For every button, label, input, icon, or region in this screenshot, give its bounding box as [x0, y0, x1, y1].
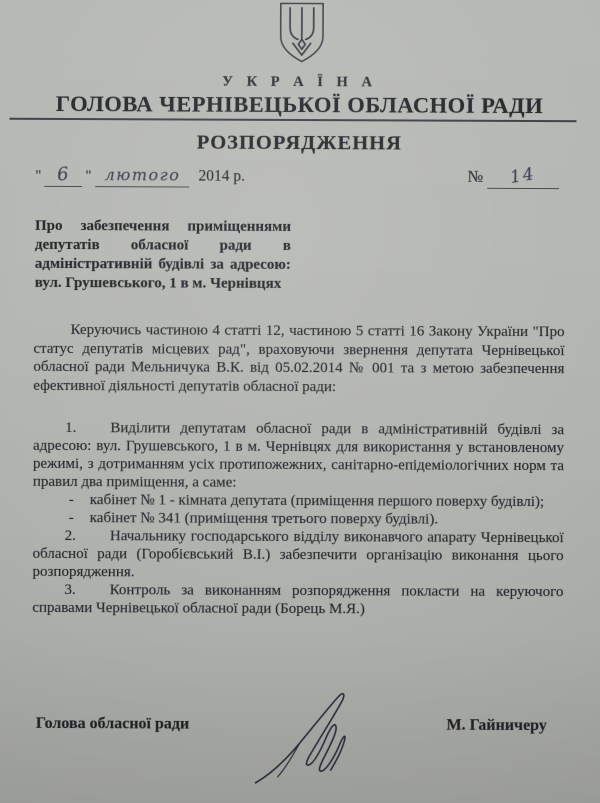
item-2-text: Начальнику господарського відділу викона…	[32, 528, 563, 580]
document-photo: У К Р А Ї Н А ГОЛОВА ЧЕРНІВЕЦЬКОЇ ОБЛАСН…	[0, 0, 600, 803]
ukraine-coat-of-arms-icon	[277, 2, 327, 63]
number-sign-label: №	[467, 167, 483, 187]
date-field: " 6 " лютого 2014 р.	[35, 165, 245, 188]
sub-item-1: -кабінет № 1 - кімната депутата (приміще…	[33, 491, 564, 511]
issuing-authority-title: ГОЛОВА ЧЕРНІВЕЦЬКОЇ ОБЛАСНОЇ РАДИ	[0, 91, 600, 120]
signature-row: Голова обласної ради М. Гайничеру	[36, 715, 547, 735]
item-1-text: Виділити депутатам обласної ради в адмін…	[33, 420, 564, 491]
bullet-dash: -	[69, 510, 74, 526]
item-2-number: 2.	[65, 528, 76, 544]
decree-item-2: 2.Начальнику господарського відділу вико…	[32, 527, 563, 583]
signatory-name: М. Гайничеру	[446, 717, 546, 735]
date-and-number-line: " 6 " лютого 2014 р. № 14	[35, 165, 559, 189]
sub-item-2-text: кабінет № 341 (приміщення третього повер…	[90, 510, 438, 528]
item-3-number: 3.	[64, 582, 75, 598]
decree-item-1: 1.Виділити депутатам обласної ради в адм…	[33, 419, 564, 493]
item-1-number: 1.	[65, 420, 76, 436]
sub-item-1-text: кабінет № 1 - кімната депутата (приміщен…	[90, 492, 544, 510]
handwritten-signature	[250, 686, 358, 788]
number-blank-line: 14	[487, 167, 559, 189]
handwritten-day: 6	[57, 164, 70, 185]
open-quote-mark: "	[35, 168, 41, 185]
close-quote-mark: "	[85, 168, 91, 185]
printed-year: 2014 р.	[198, 168, 245, 186]
decree-item-3: 3.Контроль за виконанням розпорядження п…	[32, 581, 563, 619]
decree-subject: Про забезпечення приміщеннями депутатів …	[35, 217, 291, 294]
signatory-title: Голова обласної ради	[36, 715, 189, 734]
sub-item-2: -кабінет № 341 (приміщення третього пове…	[33, 509, 564, 529]
month-blank-line: лютого	[95, 165, 189, 187]
bullet-dash: -	[69, 492, 74, 508]
number-field: № 14	[467, 167, 559, 189]
day-blank-line: 6	[44, 165, 82, 187]
preamble-paragraph: Керуючись частиною 4 статті 12, частиною…	[33, 321, 564, 397]
decree-items: 1.Виділити депутатам обласної ради в адм…	[32, 419, 564, 619]
handwritten-month: лютого	[105, 165, 181, 184]
handwritten-number: 14	[509, 164, 538, 188]
country-name: У К Р А Ї Н А	[0, 73, 600, 93]
decree-document: У К Р А Ї Н А ГОЛОВА ЧЕРНІВЕЦЬКОЇ ОБЛАСН…	[0, 0, 600, 803]
document-type-title: РОЗПОРЯДЖЕННЯ	[0, 131, 599, 157]
item-3-text: Контроль за виконанням розпорядження пок…	[32, 582, 563, 617]
